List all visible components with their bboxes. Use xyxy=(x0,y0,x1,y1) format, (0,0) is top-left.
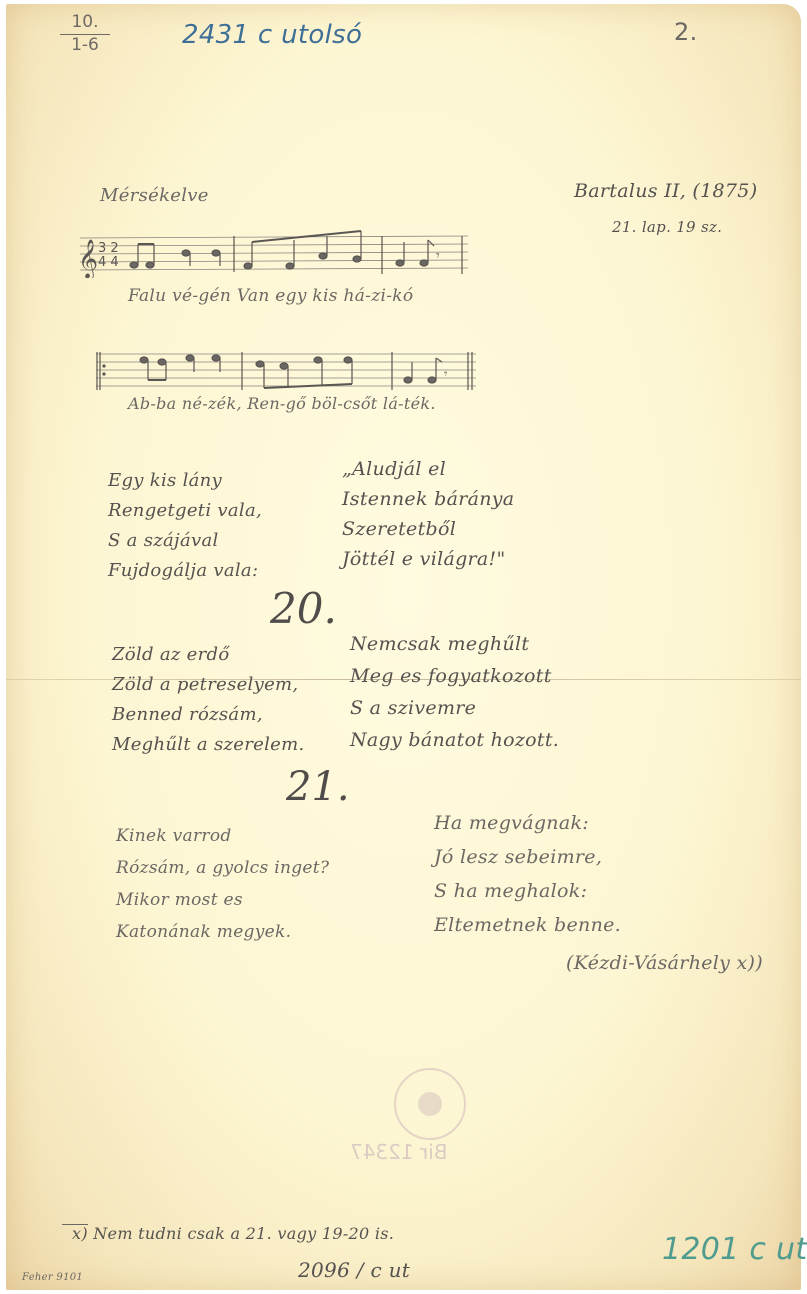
verse-20-right: Nemcsak meghűlt Meg es fogyatkozott S a … xyxy=(350,628,559,756)
verse-line: „Aludjál el xyxy=(342,454,514,484)
svg-text:3 2: 3 2 xyxy=(98,241,119,256)
music-staff-2: 𝄾 xyxy=(92,348,482,394)
verse-20-left: Zöld az erdő Zöld a petreselyem, Benned … xyxy=(112,640,305,760)
stamp-number: Bir 12347 xyxy=(350,1140,447,1164)
verse-21-left: Kinek varrod Rózsám, a gyolcs inget? Mik… xyxy=(116,820,329,948)
verse-line: Zöld a petreselyem, xyxy=(112,670,305,700)
footnote: x) Nem tudni csak a 21. vagy 19-20 is. xyxy=(72,1224,394,1243)
verse-line: Istennek báránya xyxy=(342,484,514,514)
source-page: 21. lap. 19 sz. xyxy=(612,218,722,236)
verse-line: Egy kis lány xyxy=(108,466,262,496)
verse-line: Meg es fogyatkozott xyxy=(350,660,559,692)
catalog-bottom: 2096 / c ut xyxy=(298,1258,410,1282)
verse-1-right: „Aludjál el Istennek báránya Szeretetből… xyxy=(342,454,514,574)
verse-line: Kinek varrod xyxy=(116,820,329,852)
svg-text:𝄾: 𝄾 xyxy=(444,367,448,382)
verse-line: Jöttél e világra!" xyxy=(342,544,514,574)
verse-21-right: Ha megvágnak: Jó lesz sebeimre, S ha meg… xyxy=(434,806,621,942)
catalog-teal: 1201 c ut xyxy=(662,1232,807,1267)
verse-line: Nagy bánatot hozott. xyxy=(350,724,559,756)
svg-text:4 4: 4 4 xyxy=(98,255,119,270)
verse-line: Eltemetnek benne. xyxy=(434,908,621,942)
verse-line: Ha megvágnak: xyxy=(434,806,621,840)
tempo-marking: Mérsékelve xyxy=(100,185,209,206)
staff-1-lyrics: Falu vé-gén Van egy kis há-zi-kó xyxy=(128,286,413,306)
verse-line: Katonának megyek. xyxy=(116,916,329,948)
verse-line: Rózsám, a gyolcs inget? xyxy=(116,852,329,884)
verse-line: S a szivemre xyxy=(350,692,559,724)
verse-line: S a szájával xyxy=(108,526,262,556)
section-number-21: 21. xyxy=(286,764,350,810)
staff-2-lyrics: Ab-ba né-zék, Ren-gő böl-csőt lá-ték. xyxy=(128,394,436,413)
library-stamp xyxy=(394,1068,466,1140)
verse-line: Zöld az erdő xyxy=(112,640,305,670)
svg-text:𝄞: 𝄞 xyxy=(78,239,98,278)
fraction-top: 10. xyxy=(60,12,110,35)
verse-line: Rengetgeti vala, xyxy=(108,496,262,526)
source-title: Bartalus II, (1875) xyxy=(574,180,757,202)
verse-line: Szeretetből xyxy=(342,514,514,544)
verse-line: Meghűlt a szerelem. xyxy=(112,730,305,760)
music-staff-1: 𝄞 3 2 4 4 𝄾 xyxy=(76,228,476,278)
stamp-emblem-icon xyxy=(418,1092,442,1116)
verse-line: Mikor most es xyxy=(116,884,329,916)
verse-line: S ha meghalok: xyxy=(434,874,621,908)
verse-line: Jó lesz sebeimre, xyxy=(434,840,621,874)
verse-line: Fujdogálja vala: xyxy=(108,556,262,586)
verse-1-left: Egy kis lány Rengetgeti vala, S a szájáv… xyxy=(108,466,262,586)
section-number-20: 20. xyxy=(270,584,337,633)
verse-line: Benned rózsám, xyxy=(112,700,305,730)
place-note: (Kézdi-Vásárhely x)) xyxy=(566,952,763,974)
verse-line: Nemcsak meghűlt xyxy=(350,628,559,660)
svg-text:𝄾: 𝄾 xyxy=(436,248,440,264)
fraction-bottom: 1-6 xyxy=(71,35,99,55)
fraction-annotation: 10. 1-6 xyxy=(60,12,110,55)
catalog-note: 2431 c utolsó xyxy=(182,20,362,50)
archive-note: Feher 9101 xyxy=(22,1272,83,1283)
page-number: 2. xyxy=(674,18,698,46)
